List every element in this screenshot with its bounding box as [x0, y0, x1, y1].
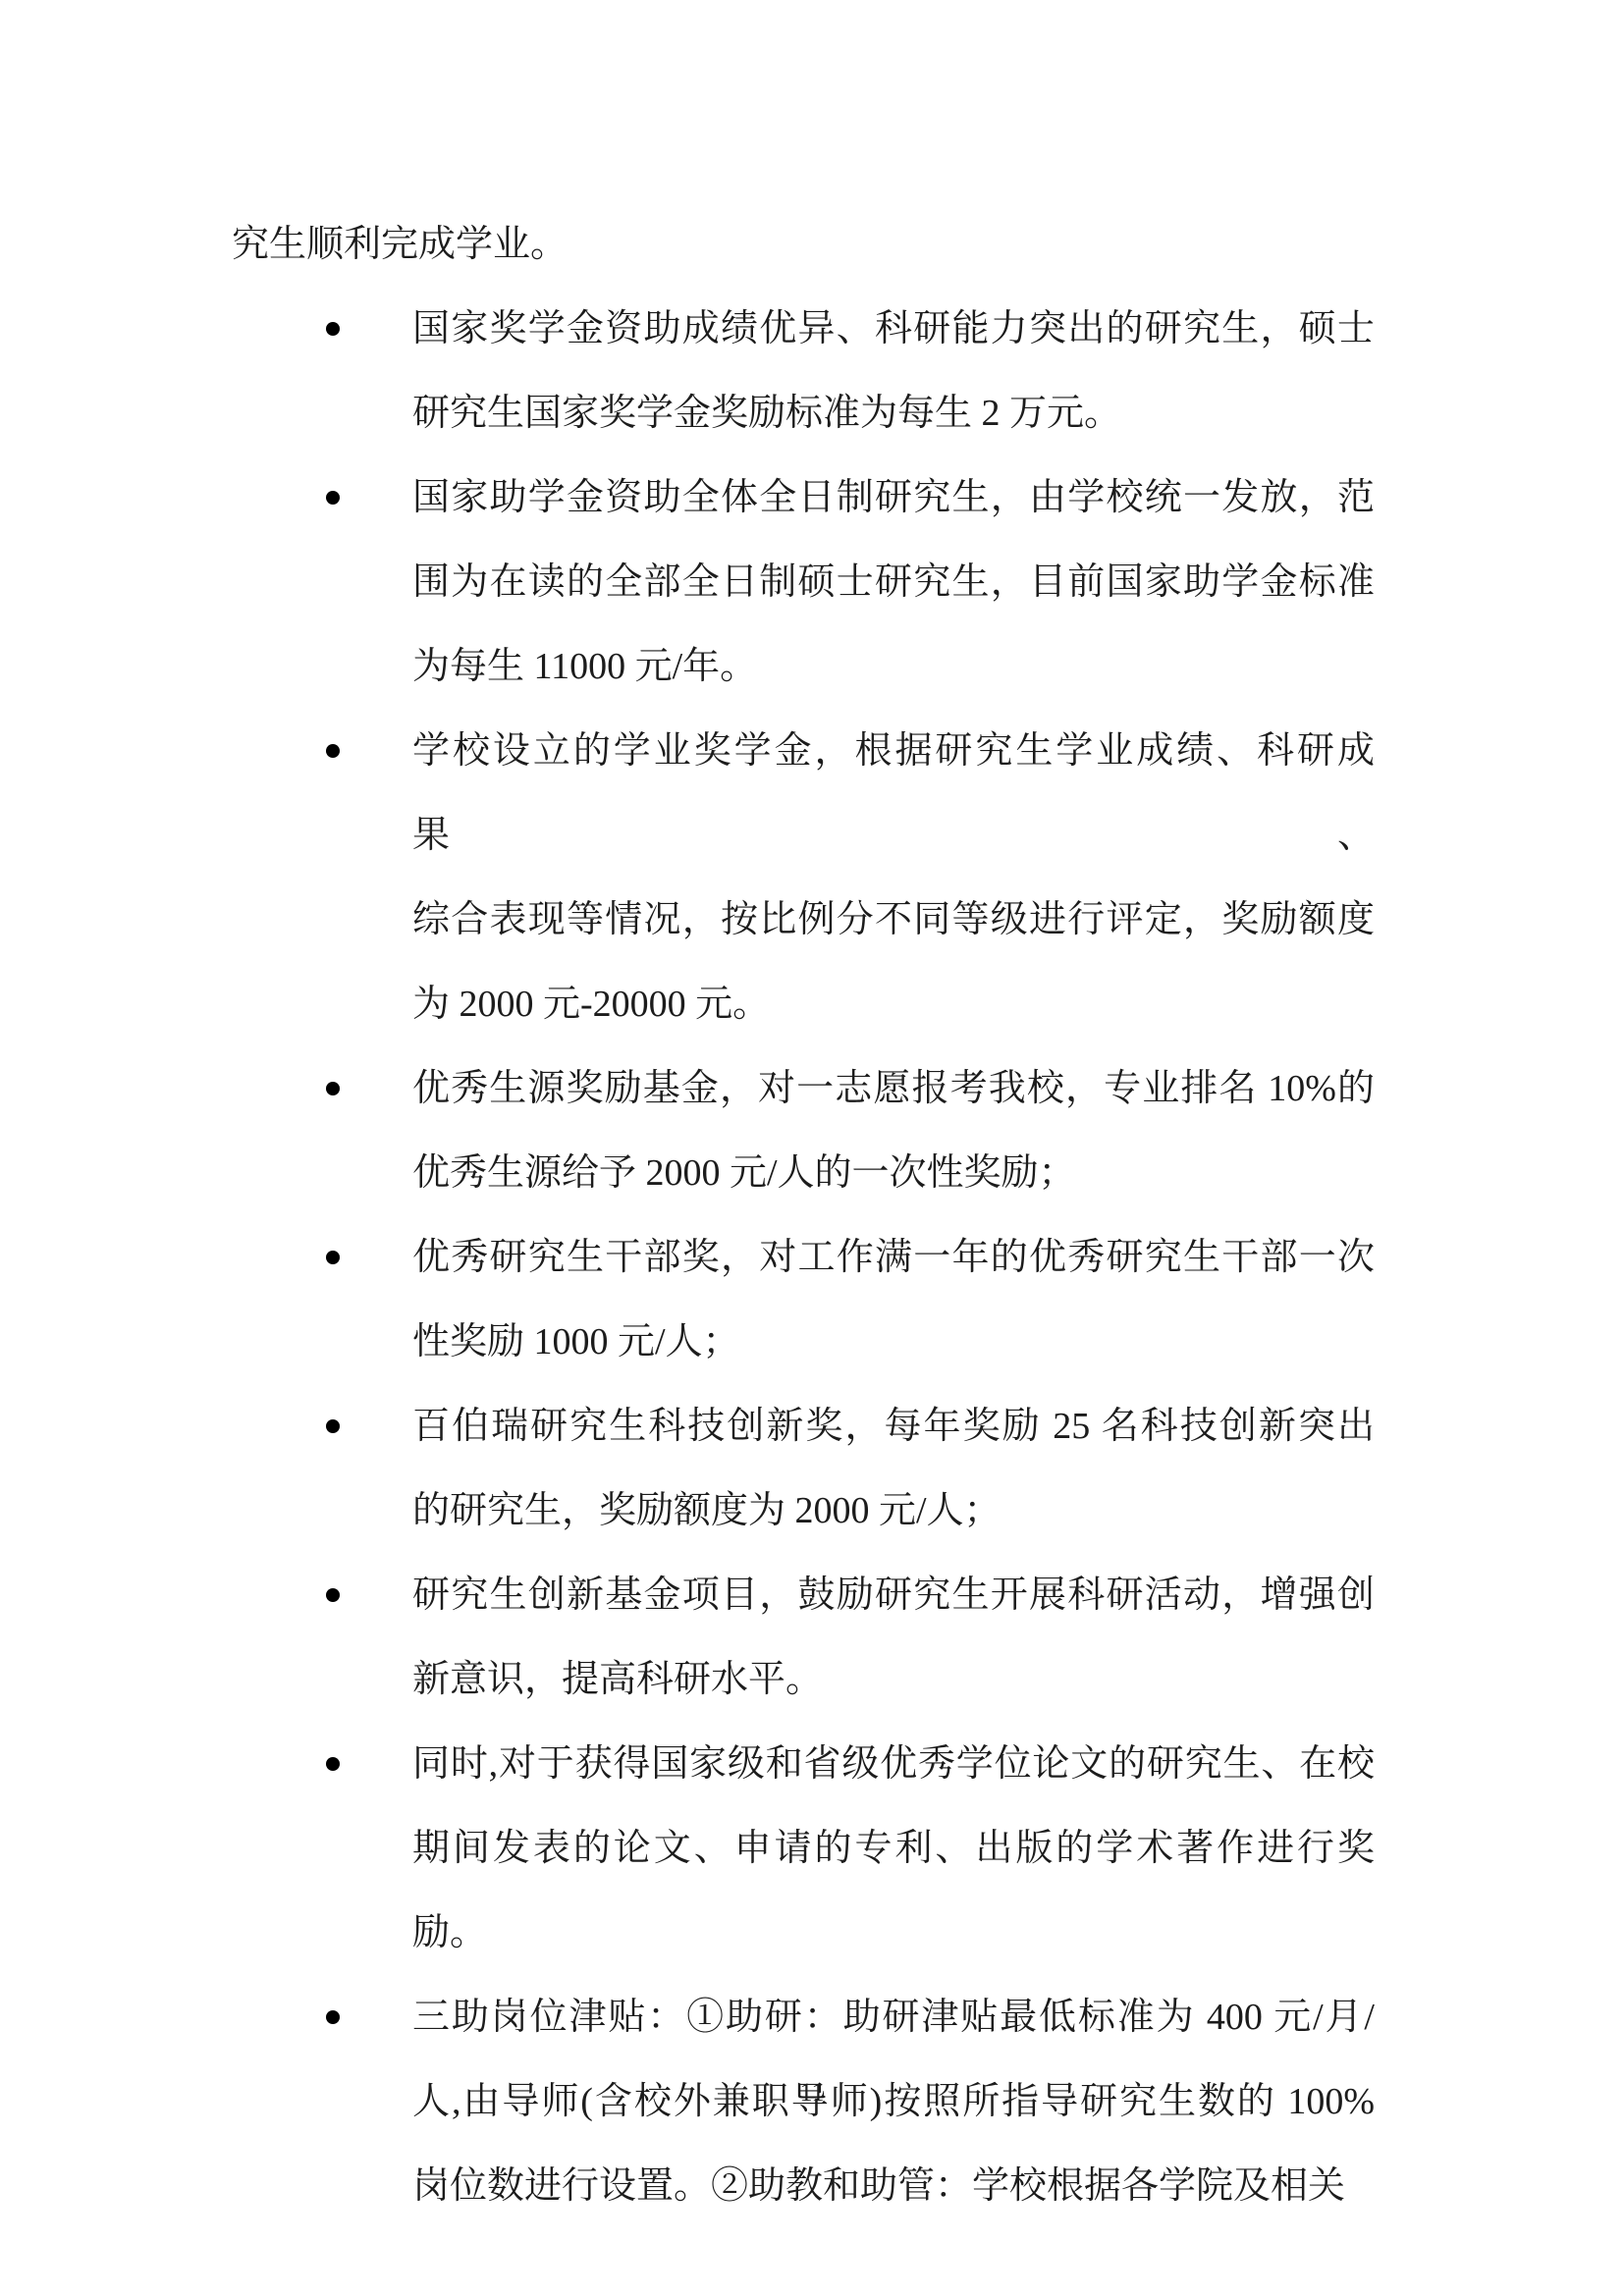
bullet-line: 围为在读的全部全日制硕士研究生，目前国家助学金标准 [412, 540, 1375, 624]
bullet-item-national-scholarship: 国家奖学金资助成绩优异、科研能力突出的研究生，硕士 研究生国家奖学金奖励标准为每… [232, 287, 1375, 455]
bullet-item-academic-scholarship: 学校设立的学业奖学金，根据研究生学业成绩、科研成果、 综合表现等情况，按比例分不… [232, 709, 1375, 1046]
bullet-list: 国家奖学金资助成绩优异、科研能力突出的研究生，硕士 研究生国家奖学金奖励标准为每… [232, 287, 1375, 2228]
bullet-line: 国家助学金资助全体全日制研究生，由学校统一发放，范 [412, 455, 1375, 540]
bullet-line: 的研究生，奖励额度为 2000 元/人； [412, 1468, 1375, 1553]
bullet-line: 优秀生源奖励基金，对一志愿报考我校，专业排名 10%的 [412, 1046, 1375, 1131]
bullet-line: 百伯瑞研究生科技创新奖，每年奖励 25 名科技创新突出 [412, 1384, 1375, 1468]
bullet-line: 学校设立的学业奖学金，根据研究生学业成绩、科研成果、 [412, 709, 1375, 878]
bullet-item-innovation-fund: 研究生创新基金项目，鼓励研究生开展科研活动，增强创 新意识，提高科研水平。 [232, 1553, 1375, 1722]
bullet-line: 同时,对于获得国家级和省级优秀学位论文的研究生、在校 [412, 1722, 1375, 1806]
bullet-item-cadre-award: 优秀研究生干部奖，对工作满一年的优秀研究生干部一次 性奖励 1000 元/人； [232, 1215, 1375, 1384]
bullet-line: 研究生创新基金项目，鼓励研究生开展科研活动，增强创 [412, 1553, 1375, 1637]
bullet-item-innovation-award: 百伯瑞研究生科技创新奖，每年奖励 25 名科技创新突出 的研究生，奖励额度为 2… [232, 1384, 1375, 1553]
page-number: 11 [0, 2073, 1624, 2112]
bullet-line: 国家奖学金资助成绩优异、科研能力突出的研究生，硕士 [412, 287, 1375, 371]
bullet-icon [326, 491, 340, 505]
document-body: 究生顺利完成学业。 国家奖学金资助成绩优异、科研能力突出的研究生，硕士 研究生国… [232, 202, 1375, 2228]
bullet-icon [326, 1757, 340, 1771]
bullet-item-national-grant: 国家助学金资助全体全日制研究生，由学校统一发放，范 围为在读的全部全日制硕士研究… [232, 455, 1375, 709]
bullet-line: 期间发表的论文、申请的专利、出版的学术著作进行奖励。 [412, 1806, 1375, 1975]
bullet-item-thesis-awards: 同时,对于获得国家级和省级优秀学位论文的研究生、在校 期间发表的论文、申请的专利… [232, 1722, 1375, 1975]
bullet-icon [326, 2010, 340, 2024]
bullet-line: 优秀生源给予 2000 元/人的一次性奖励； [412, 1131, 1375, 1215]
bullet-line: 为 2000 元-20000 元。 [412, 962, 1375, 1046]
bullet-icon [326, 1251, 340, 1264]
bullet-line: 岗位数进行设置。②助教和助管：学校根据各学院及相关 [412, 2144, 1375, 2228]
bullet-icon [326, 1588, 340, 1602]
bullet-icon [326, 322, 340, 336]
bullet-icon [326, 1419, 340, 1433]
bullet-icon [326, 1082, 340, 1095]
bullet-line: 优秀研究生干部奖，对工作满一年的优秀研究生干部一次 [412, 1215, 1375, 1300]
bullet-line: 研究生国家奖学金奖励标准为每生 2 万元。 [412, 371, 1375, 455]
intro-paragraph-line: 究生顺利完成学业。 [232, 202, 1375, 287]
bullet-line: 综合表现等情况，按比例分不同等级进行评定，奖励额度 [412, 878, 1375, 962]
document-page: 究生顺利完成学业。 国家奖学金资助成绩优异、科研能力突出的研究生，硕士 研究生国… [0, 0, 1624, 2296]
bullet-line: 性奖励 1000 元/人； [412, 1300, 1375, 1384]
bullet-line: 为每生 11000 元/年。 [412, 624, 1375, 709]
bullet-icon [326, 744, 340, 758]
bullet-line: 新意识，提高科研水平。 [412, 1637, 1375, 1722]
bullet-line: 三助岗位津贴：①助研：助研津贴最低标准为 400 元/月/ [412, 1975, 1375, 2059]
bullet-item-source-award: 优秀生源奖励基金，对一志愿报考我校，专业排名 10%的 优秀生源给予 2000 … [232, 1046, 1375, 1215]
